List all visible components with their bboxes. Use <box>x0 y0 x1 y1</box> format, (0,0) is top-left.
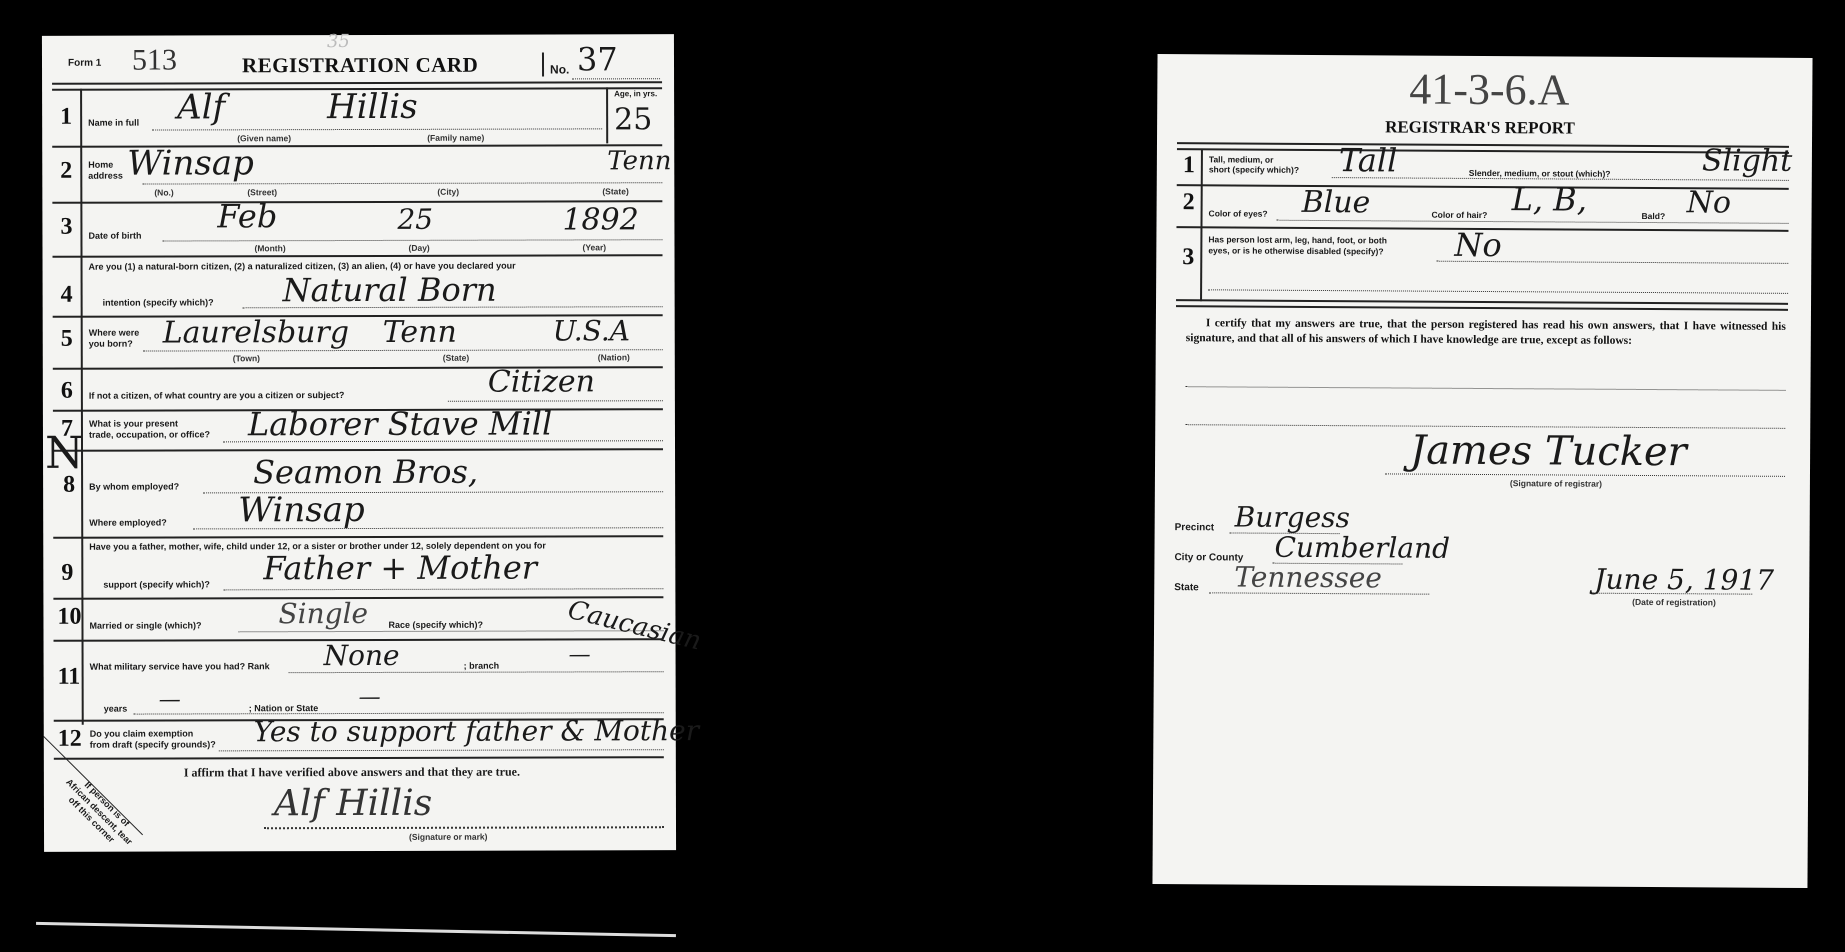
where-employed-label: Where employed? <box>89 518 167 528</box>
row-number-column-rule <box>1200 149 1203 301</box>
nation-label: ; Nation or State <box>249 703 319 713</box>
name-label: Name in full <box>88 118 139 128</box>
stamp-number: 513 <box>132 43 177 77</box>
birth-nation-value: U.S.A <box>553 314 630 347</box>
dependents-label: support (specify which)? <box>103 579 210 589</box>
birth-state-value: Tenn <box>383 315 457 350</box>
eye-color-label: Color of eyes? <box>1209 208 1268 218</box>
row-rule <box>53 448 663 452</box>
rank-line <box>289 671 664 673</box>
height-label: Tall, medium, or <box>1209 154 1274 164</box>
rank-value: None <box>324 639 400 672</box>
no-label: No. <box>550 62 569 76</box>
disability-label: eyes, or is he otherwise disabled (speci… <box>1208 245 1383 256</box>
occupation-value: Laborer Stave Mill <box>248 404 552 443</box>
row-number: 9 <box>61 560 73 587</box>
birth-town-value: Laurelsburg <box>163 315 349 350</box>
state-value: Tennessee <box>1234 560 1382 594</box>
dob-label: Date of birth <box>88 231 141 241</box>
certification-text: I certify that my answers are true, that… <box>1186 316 1786 350</box>
marital-label: Married or single (which)? <box>89 620 201 630</box>
caption: (Street) <box>247 187 277 197</box>
marital-value: Single <box>278 597 368 630</box>
state-label: State <box>1174 582 1199 593</box>
dependents-value: Father + Mother <box>263 549 537 588</box>
caption: (Nation) <box>598 352 630 362</box>
citizen-of-line <box>448 400 663 402</box>
years-label: years <box>104 704 128 714</box>
birthplace-label: Where were <box>89 328 140 338</box>
row-number: 3 <box>1182 244 1194 271</box>
registrar-report: 41-3-6.A REGISTRAR'S REPORT 1 Tall, medi… <box>1152 54 1812 888</box>
caption: (State) <box>602 186 628 196</box>
exception-line-1 <box>1186 386 1786 391</box>
given-name-value: Alf <box>177 87 225 127</box>
age-value: 25 <box>614 102 652 137</box>
branch-label: ; branch <box>464 661 500 671</box>
citizen-of-value: Citizen <box>488 364 595 399</box>
registrant-signature: Alf Hillis <box>274 783 432 824</box>
occupation-label: What is your present <box>89 418 178 428</box>
citizen-of-label: If not a citizen, of what country are yo… <box>89 390 345 401</box>
exemption-label: from draft (specify grounds)? <box>90 739 216 749</box>
caption: (No.) <box>154 187 173 197</box>
hair-color-value: L, B, <box>1512 180 1588 218</box>
birthplace-label: you born? <box>89 339 133 349</box>
caption: (City) <box>437 187 459 197</box>
row-number: 1 <box>1183 152 1195 179</box>
row-number: 5 <box>61 326 73 353</box>
age-label: Age, in yrs. <box>614 89 657 98</box>
occupation-label: trade, occupation, or office? <box>89 429 210 439</box>
row-rule <box>53 535 663 539</box>
exemption-value: Yes to support father & Mother <box>254 714 699 748</box>
tear-off-note: If person is of African descent, tear of… <box>55 769 142 856</box>
height-value: Tall <box>1339 141 1398 179</box>
section-rule <box>1176 299 1788 311</box>
race-label: Race (specify which)? <box>388 620 483 630</box>
row-rule <box>53 254 663 258</box>
registrar-signature-line <box>1385 473 1785 476</box>
registrar-signature: James Tucker <box>1410 428 1687 476</box>
family-name-value: Hillis <box>327 87 418 127</box>
caption: (Town) <box>233 353 260 363</box>
row-number: 3 <box>60 214 72 241</box>
age-divider <box>606 87 608 143</box>
caption: (Given name) <box>237 133 291 143</box>
pencil-mark: 35 <box>327 31 350 52</box>
bald-value: No <box>1687 185 1732 220</box>
dob-day-value: 25 <box>397 203 433 236</box>
row-number: 12 <box>58 726 82 753</box>
exemption-line <box>219 749 664 751</box>
employer-label: By whom employed? <box>89 481 179 491</box>
address-label: Home <box>88 160 113 170</box>
employer-value: Seamon Bros, <box>253 453 478 492</box>
name-line <box>152 128 602 130</box>
citizenship-label: intention (specify which)? <box>103 297 214 307</box>
row-number: 2 <box>60 158 72 185</box>
signature-line <box>264 826 664 829</box>
registration-date: June 5, 1917 <box>1594 563 1774 597</box>
caption: (Day) <box>408 243 429 253</box>
height-label: short (specify which)? <box>1209 164 1299 175</box>
affirmation-text: I affirm that I have verified above answ… <box>184 765 520 781</box>
scan-edge-line <box>36 922 676 937</box>
date-caption: (Date of registration) <box>1632 597 1716 608</box>
hair-color-label: Color of hair? <box>1432 210 1488 220</box>
report-stamp: 41-3-6.A <box>1409 64 1569 116</box>
report-title: REGISTRAR'S REPORT <box>1385 117 1575 138</box>
precinct-value: Burgess <box>1235 500 1350 534</box>
row-number: 2 <box>1183 189 1195 216</box>
row-number: 1 <box>60 104 72 131</box>
card-number: 37 <box>577 40 618 78</box>
dob-line <box>162 239 662 241</box>
dob-year-value: 1892 <box>562 202 638 237</box>
address-state-value: Tenn <box>607 146 671 176</box>
caption: (Family name) <box>427 133 484 143</box>
form-label: Form 1 <box>68 58 101 69</box>
rank-label: What military service have you had? Rank <box>90 661 270 671</box>
address-line <box>142 182 662 184</box>
where-employed-line <box>193 527 663 529</box>
registration-card: Form 1 513 35 REGISTRATION CARD No. 37 1… <box>42 34 676 852</box>
registrar-caption: (Signature of registrar) <box>1510 478 1602 489</box>
county-label: City or County <box>1174 552 1243 563</box>
branch-value: — <box>569 642 591 667</box>
build-value: Slight <box>1702 143 1793 179</box>
row-number: 6 <box>61 378 73 405</box>
years-value: — <box>159 687 181 712</box>
row-rule <box>54 756 664 760</box>
dependents-line <box>223 588 663 590</box>
header-rule <box>1177 142 1789 154</box>
signature-caption: (Signature or mark) <box>409 832 487 842</box>
nation-value: — <box>359 685 381 710</box>
row-number: 10 <box>57 604 81 631</box>
address-label: address <box>88 171 123 181</box>
divider <box>542 53 544 77</box>
caption: (Year) <box>582 242 606 252</box>
disability-label: Has person lost arm, leg, hand, foot, or… <box>1208 234 1387 245</box>
disability-line-2 <box>1208 289 1788 294</box>
caption: (State) <box>443 353 469 363</box>
row-number: 8 <box>63 472 75 499</box>
dob-month-value: Feb <box>217 197 277 235</box>
eye-color-value: Blue <box>1302 185 1371 220</box>
bald-label: Bald? <box>1642 211 1666 221</box>
caption: (Month) <box>254 243 285 253</box>
address-value: Winsap <box>127 143 254 183</box>
where-employed-value: Winsap <box>238 490 365 530</box>
row-number: 4 <box>61 282 73 309</box>
row-number: 11 <box>58 664 81 691</box>
disability-value: No <box>1454 226 1501 264</box>
birthplace-line <box>143 349 663 351</box>
county-value: Cumberland <box>1274 531 1450 565</box>
precinct-label: Precinct <box>1175 522 1215 533</box>
card-title: REGISTRATION CARD <box>242 53 478 79</box>
citizenship-value: Natural Born <box>283 271 497 310</box>
number-line <box>572 78 660 79</box>
state-line <box>1209 592 1429 594</box>
exemption-label: Do you claim exemption <box>90 728 194 738</box>
